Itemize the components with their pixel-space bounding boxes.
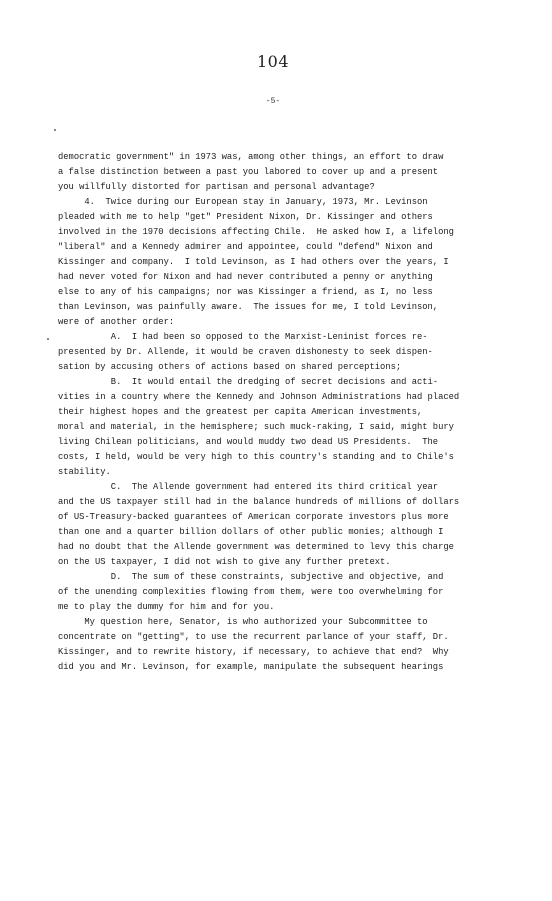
text-line: than Levinson, was painfully aware. The … xyxy=(58,300,498,315)
text-line: My question here, Senator, is who author… xyxy=(58,615,498,630)
text-line: did you and Mr. Levinson, for example, m… xyxy=(58,660,498,675)
text-line: Kissinger, and to rewrite history, if ne… xyxy=(58,645,498,660)
text-line: moral and material, in the hemisphere; s… xyxy=(58,420,498,435)
text-line: D. The sum of these constraints, subject… xyxy=(58,570,498,585)
text-line: pleaded with me to help "get" President … xyxy=(58,210,498,225)
text-line: than one and a quarter billion dollars o… xyxy=(58,525,498,540)
text-line: living Chilean politicians, and would mu… xyxy=(58,435,498,450)
text-line: on the US taxpayer, I did not wish to gi… xyxy=(58,555,498,570)
text-line: democratic government" in 1973 was, amon… xyxy=(58,150,498,165)
text-line: "liberal" and a Kennedy admirer and appo… xyxy=(58,240,498,255)
page-number: 104 xyxy=(0,52,546,71)
text-line: B. It would entail the dredging of secre… xyxy=(58,375,498,390)
text-line: 4. Twice during our European stay in Jan… xyxy=(58,195,498,210)
text-line: of US-Treasury-backed guarantees of Amer… xyxy=(58,510,498,525)
text-line: costs, I held, would be very high to thi… xyxy=(58,450,498,465)
text-line: stability. xyxy=(58,465,498,480)
internal-page-marker: -5- xyxy=(0,97,546,106)
text-line: presented by Dr. Allende, it would be cr… xyxy=(58,345,498,360)
text-line: a false distinction between a past you l… xyxy=(58,165,498,180)
text-line: had never voted for Nixon and had never … xyxy=(58,270,498,285)
text-line: of the unending complexities flowing fro… xyxy=(58,585,498,600)
text-line: you willfully distorted for partisan and… xyxy=(58,180,498,195)
text-line: were of another order: xyxy=(58,315,498,330)
text-line: had no doubt that the Allende government… xyxy=(58,540,498,555)
text-line: their highest hopes and the greatest per… xyxy=(58,405,498,420)
text-line: else to any of his campaigns; nor was Ki… xyxy=(58,285,498,300)
text-line: vities in a country where the Kennedy an… xyxy=(58,390,498,405)
text-line: and the US taxpayer still had in the bal… xyxy=(58,495,498,510)
text-line: Kissinger and company. I told Levinson, … xyxy=(58,255,498,270)
text-line: sation by accusing others of actions bas… xyxy=(58,360,498,375)
text-line: A. I had been so opposed to the Marxist-… xyxy=(58,330,498,345)
body-text: democratic government" in 1973 was, amon… xyxy=(58,150,498,675)
scan-speck xyxy=(47,338,49,340)
text-line: C. The Allende government had entered it… xyxy=(58,480,498,495)
text-line: me to play the dummy for him and for you… xyxy=(58,600,498,615)
text-line: concentrate on "getting", to use the rec… xyxy=(58,630,498,645)
text-line: involved in the 1970 decisions affecting… xyxy=(58,225,498,240)
scan-speck xyxy=(54,129,56,131)
